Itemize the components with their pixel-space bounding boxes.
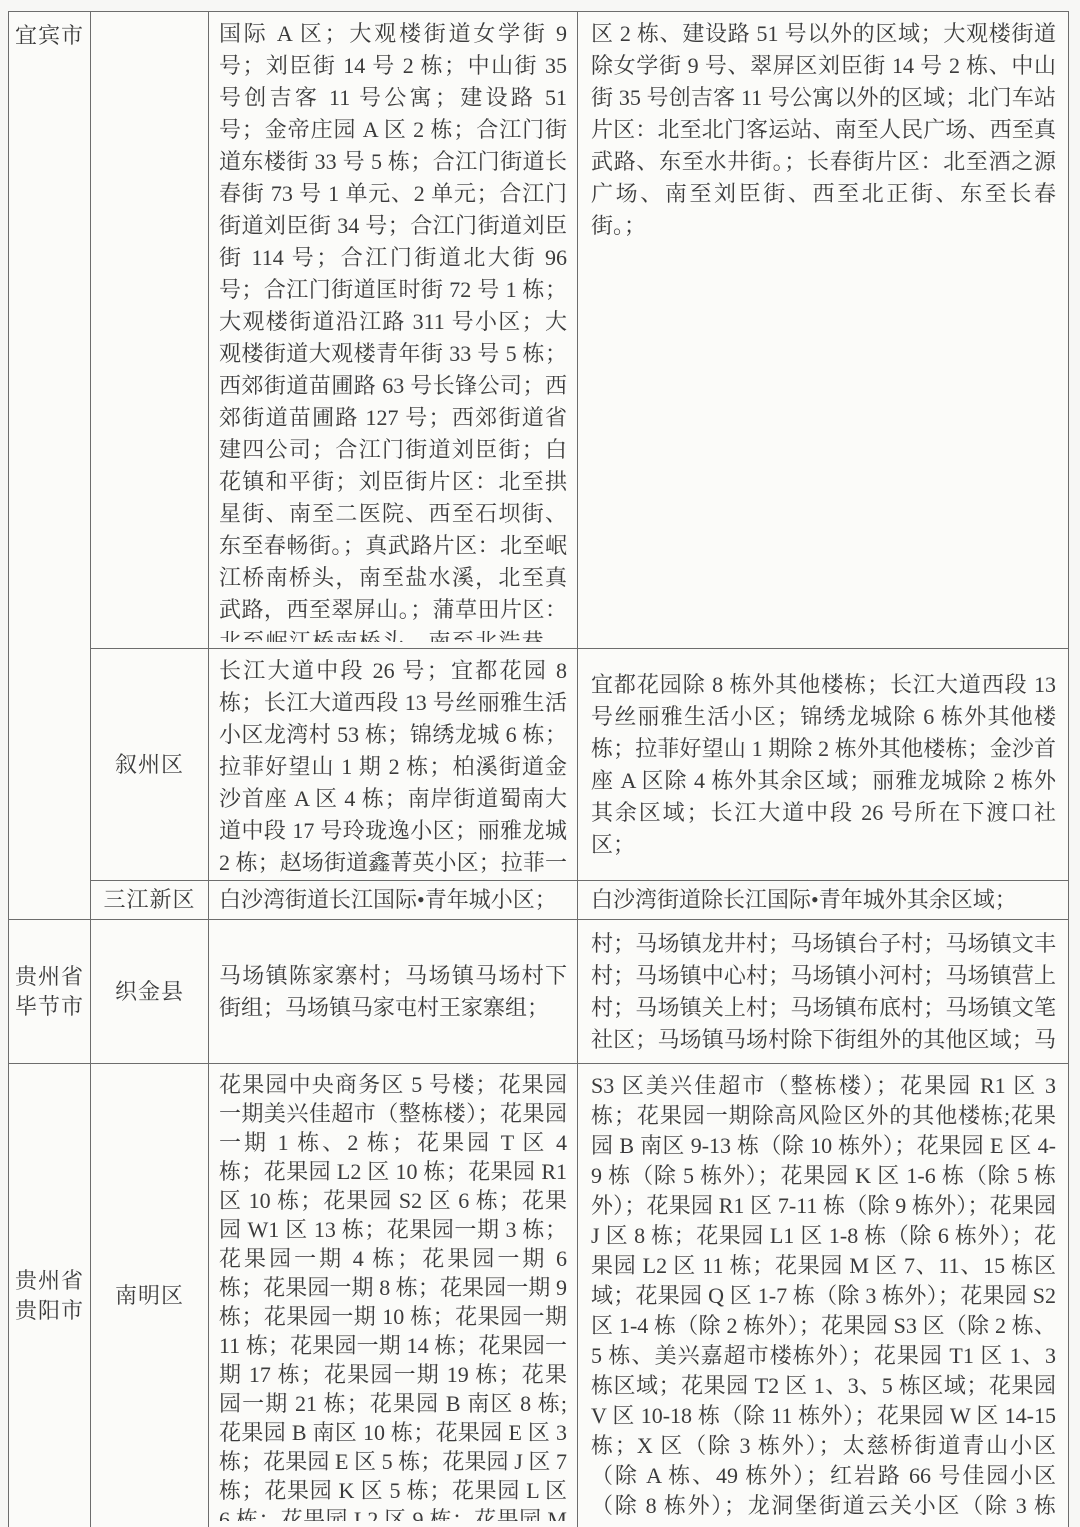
district-cell: 叙州区 [91,649,209,881]
district-cell: 织金县 [91,920,209,1064]
areas-text: 马场镇大陌村；马场镇过弓村；马场镇鸡场坝村；马场镇龙井村；马场镇台子村；马场镇文… [591,926,1056,1057]
areas-text: 国际 A 区；大观楼街道女学街 9 号；刘臣街 14 号 2 栋；中山街 35 … [219,18,567,642]
areas-text: 马场镇陈家寨村；马场镇马场村下街组；马场镇马家屯村王家寨组； [219,926,567,1057]
table-row: 贵州省 毕节市 织金县 马场镇陈家寨村；马场镇马场村下街组；马场镇马家屯村王家寨… [9,920,1069,1064]
areas-cell-right: 白沙湾街道除长江国际•青年城外其余区域； [578,881,1069,920]
table-row: 三江新区 白沙湾街道长江国际•青年城小区； 白沙湾街道除长江国际•青年城外其余区… [9,881,1069,920]
areas-text: 白沙湾街道除长江国际•青年城外其余区域； [591,887,1056,913]
document-page: 宜宾市 国际 A 区；大观楼街道女学街 9 号；刘臣街 14 号 2 栋；中山街… [0,0,1080,1527]
areas-cell-left: 花果园中央商务区 5 号楼；花果园一期美兴佳超市（整栋楼）；花果园一期 1 栋、… [209,1064,578,1527]
areas-cell-right: 宜都花园除 8 栋外其他楼栋；长江大道西段 13 号丝丽雅生活小区；锦绣龙城除 … [578,649,1069,881]
areas-cell-right: 花果园金融街 1 号楼；兰花广场 2 号楼；花果园 S3 区美兴佳超市（整栋楼）… [578,1064,1069,1527]
areas-text: 区 2 栋、建设路 51 号以外的区域；大观楼街道除女学街 9 号、翠屏区刘臣街… [591,18,1056,642]
table-row: 贵州省 贵阳市 南明区 花果园中央商务区 5 号楼；花果园一期美兴佳超市（整栋楼… [9,1064,1069,1527]
city-cell: 宜宾市 [9,12,91,920]
district-cell [91,12,209,649]
areas-cell-right: 区 2 栋、建设路 51 号以外的区域；大观楼街道除女学街 9 号、翠屏区刘臣街… [578,12,1069,649]
areas-text: 白沙湾街道长江国际•青年城小区； [219,887,567,913]
city-cell: 贵州省 贵阳市 [9,1064,91,1527]
district-cell: 南明区 [91,1064,209,1527]
table-row: 叙州区 长江大道中段 26 号；宜都花园 8 栋；长江大道西段 13 号丝丽雅生… [9,649,1069,881]
city-cell: 贵州省 毕节市 [9,920,91,1064]
district-cell: 三江新区 [91,881,209,920]
areas-cell-left: 国际 A 区；大观楼街道女学街 9 号；刘臣街 14 号 2 栋；中山街 35 … [209,12,578,649]
areas-cell-right: 马场镇大陌村；马场镇过弓村；马场镇鸡场坝村；马场镇龙井村；马场镇台子村；马场镇文… [578,920,1069,1064]
areas-cell-left: 长江大道中段 26 号；宜都花园 8 栋；长江大道西段 13 号丝丽雅生活小区龙… [209,649,578,881]
areas-text: 花果园金融街 1 号楼；兰花广场 2 号楼；花果园 S3 区美兴佳超市（整栋楼）… [591,1070,1056,1521]
areas-text: 长江大道中段 26 号；宜都花园 8 栋；长江大道西段 13 号丝丽雅生活小区龙… [219,655,567,874]
areas-cell-left: 马场镇陈家寨村；马场镇马场村下街组；马场镇马家屯村王家寨组； [209,920,578,1064]
risk-areas-table: 宜宾市 国际 A 区；大观楼街道女学街 9 号；刘臣街 14 号 2 栋；中山街… [8,11,1069,1527]
areas-text: 宜都花园除 8 栋外其他楼栋；长江大道西段 13 号丝丽雅生活小区；锦绣龙城除 … [591,655,1056,874]
areas-text: 花果园中央商务区 5 号楼；花果园一期美兴佳超市（整栋楼）；花果园一期 1 栋、… [219,1070,567,1521]
table-row: 宜宾市 国际 A 区；大观楼街道女学街 9 号；刘臣街 14 号 2 栋；中山街… [9,12,1069,649]
areas-cell-left: 白沙湾街道长江国际•青年城小区； [209,881,578,920]
